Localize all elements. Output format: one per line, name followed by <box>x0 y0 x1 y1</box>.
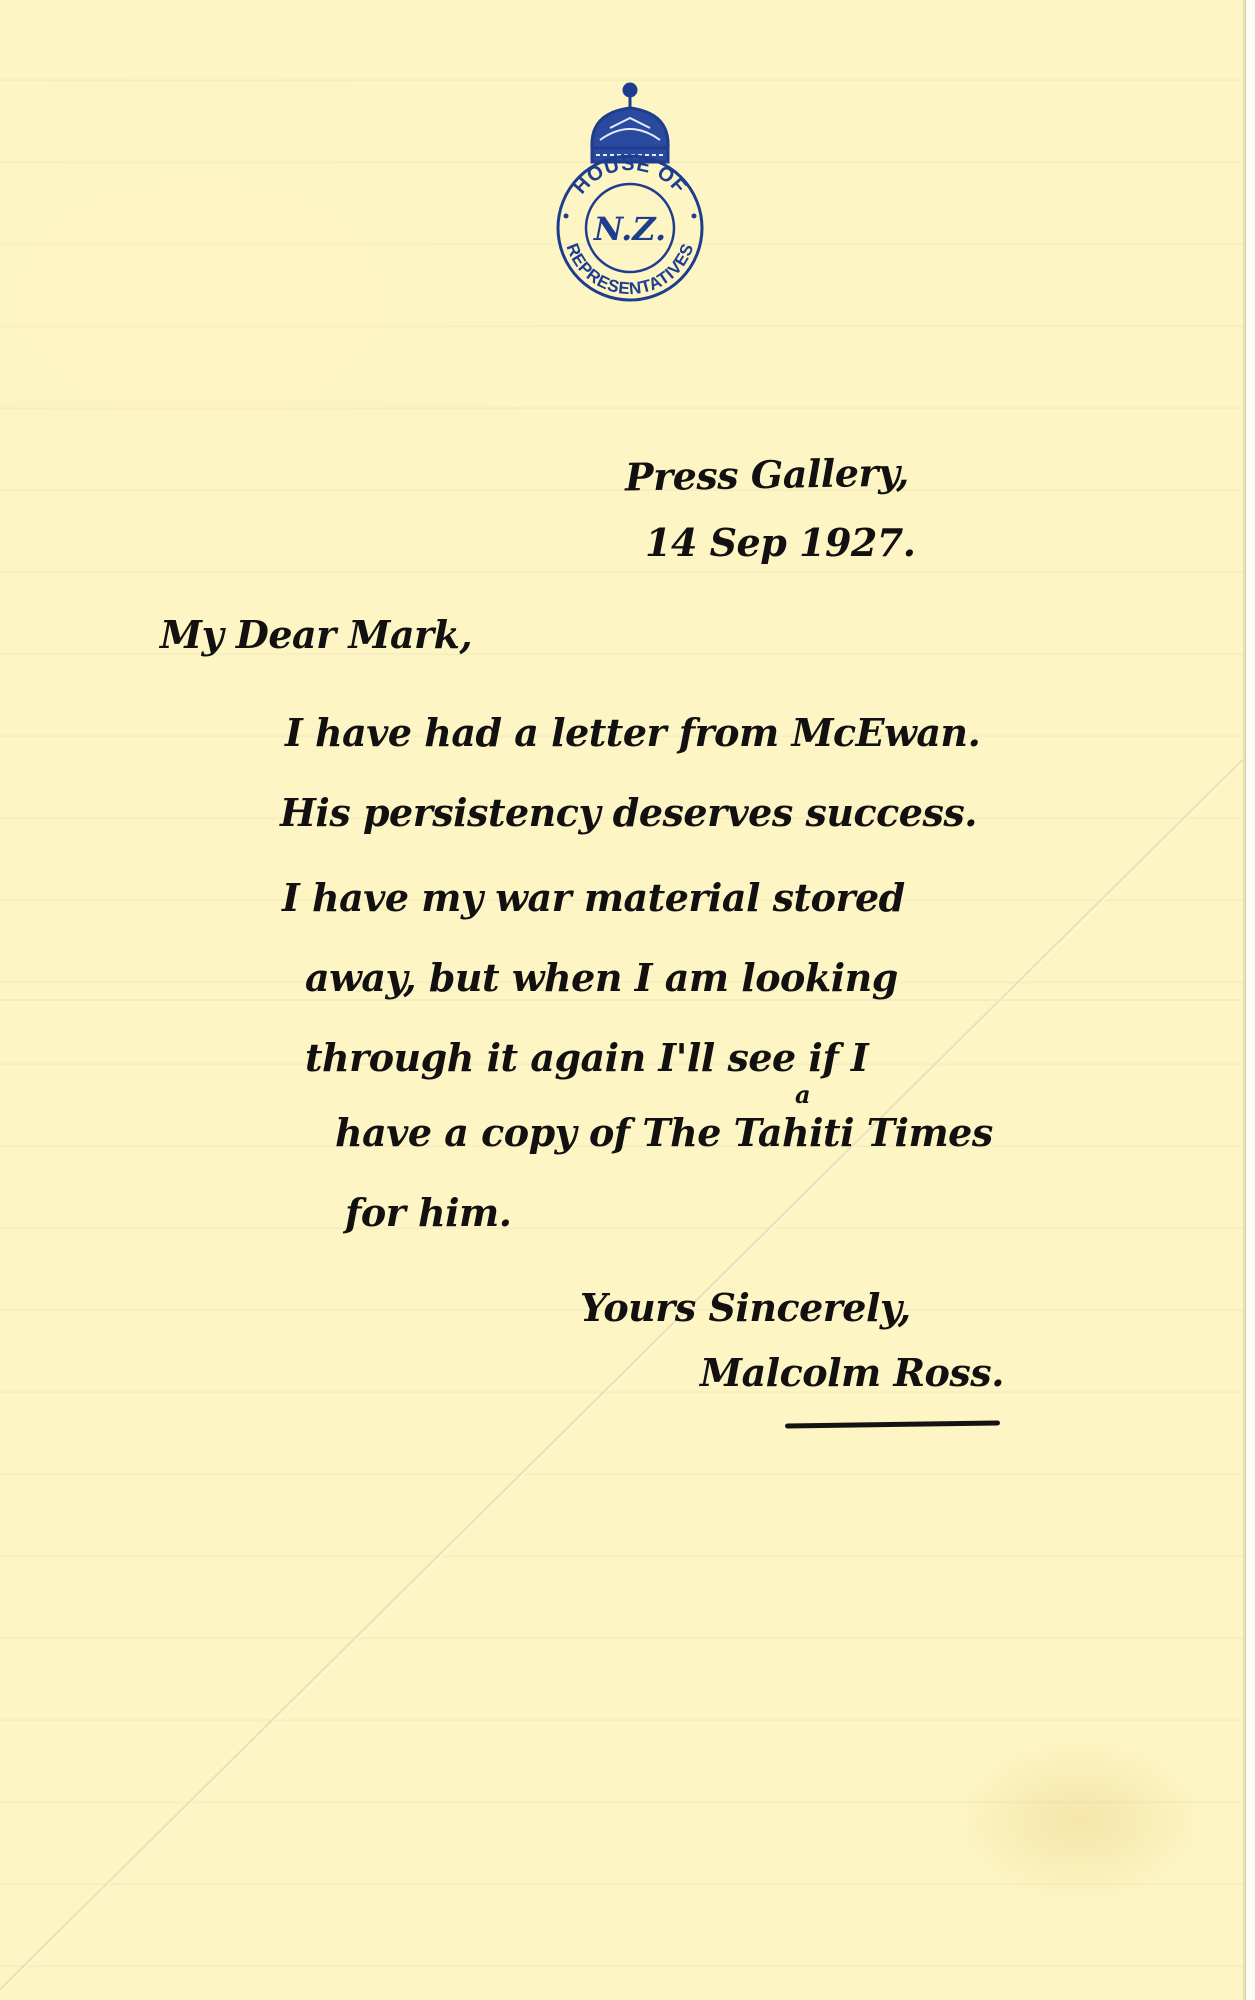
body-line-1: I have had a letter from McEwan. <box>285 710 980 755</box>
house-of-representatives-crest-icon: HOUSE OF REPRESENTATIVES N.Z. <box>540 78 720 308</box>
body-line-6: have a copy of The Tahiti Times <box>335 1110 993 1155</box>
svg-text:HOUSE OF: HOUSE OF <box>569 153 691 198</box>
letter-closing: Yours Sincerely, <box>580 1285 911 1330</box>
letter-salutation: My Dear Mark, <box>160 612 472 657</box>
body-line-2: His persistency deserves success. <box>280 790 977 835</box>
letter-date: 14 Sep 1927. <box>645 520 916 565</box>
signature-underline <box>785 1420 1000 1428</box>
body-line-7: for him. <box>345 1190 511 1235</box>
letter-place: Press Gallery, <box>625 450 909 500</box>
body-line-3: I have my war material stored <box>282 875 905 920</box>
crest-monogram: N.Z. <box>593 210 666 248</box>
insertion-mark: a <box>795 1080 810 1109</box>
svg-text:REPRESENTATIVES: REPRESENTATIVES <box>563 241 698 299</box>
body-line-5: through it again I'll see if I <box>305 1035 868 1080</box>
letter-signature: Malcolm Ross. <box>700 1350 1004 1395</box>
letter-page: HOUSE OF REPRESENTATIVES N.Z. Press Gall… <box>0 0 1245 2000</box>
body-line-4: away, but when I am looking <box>305 955 898 1000</box>
